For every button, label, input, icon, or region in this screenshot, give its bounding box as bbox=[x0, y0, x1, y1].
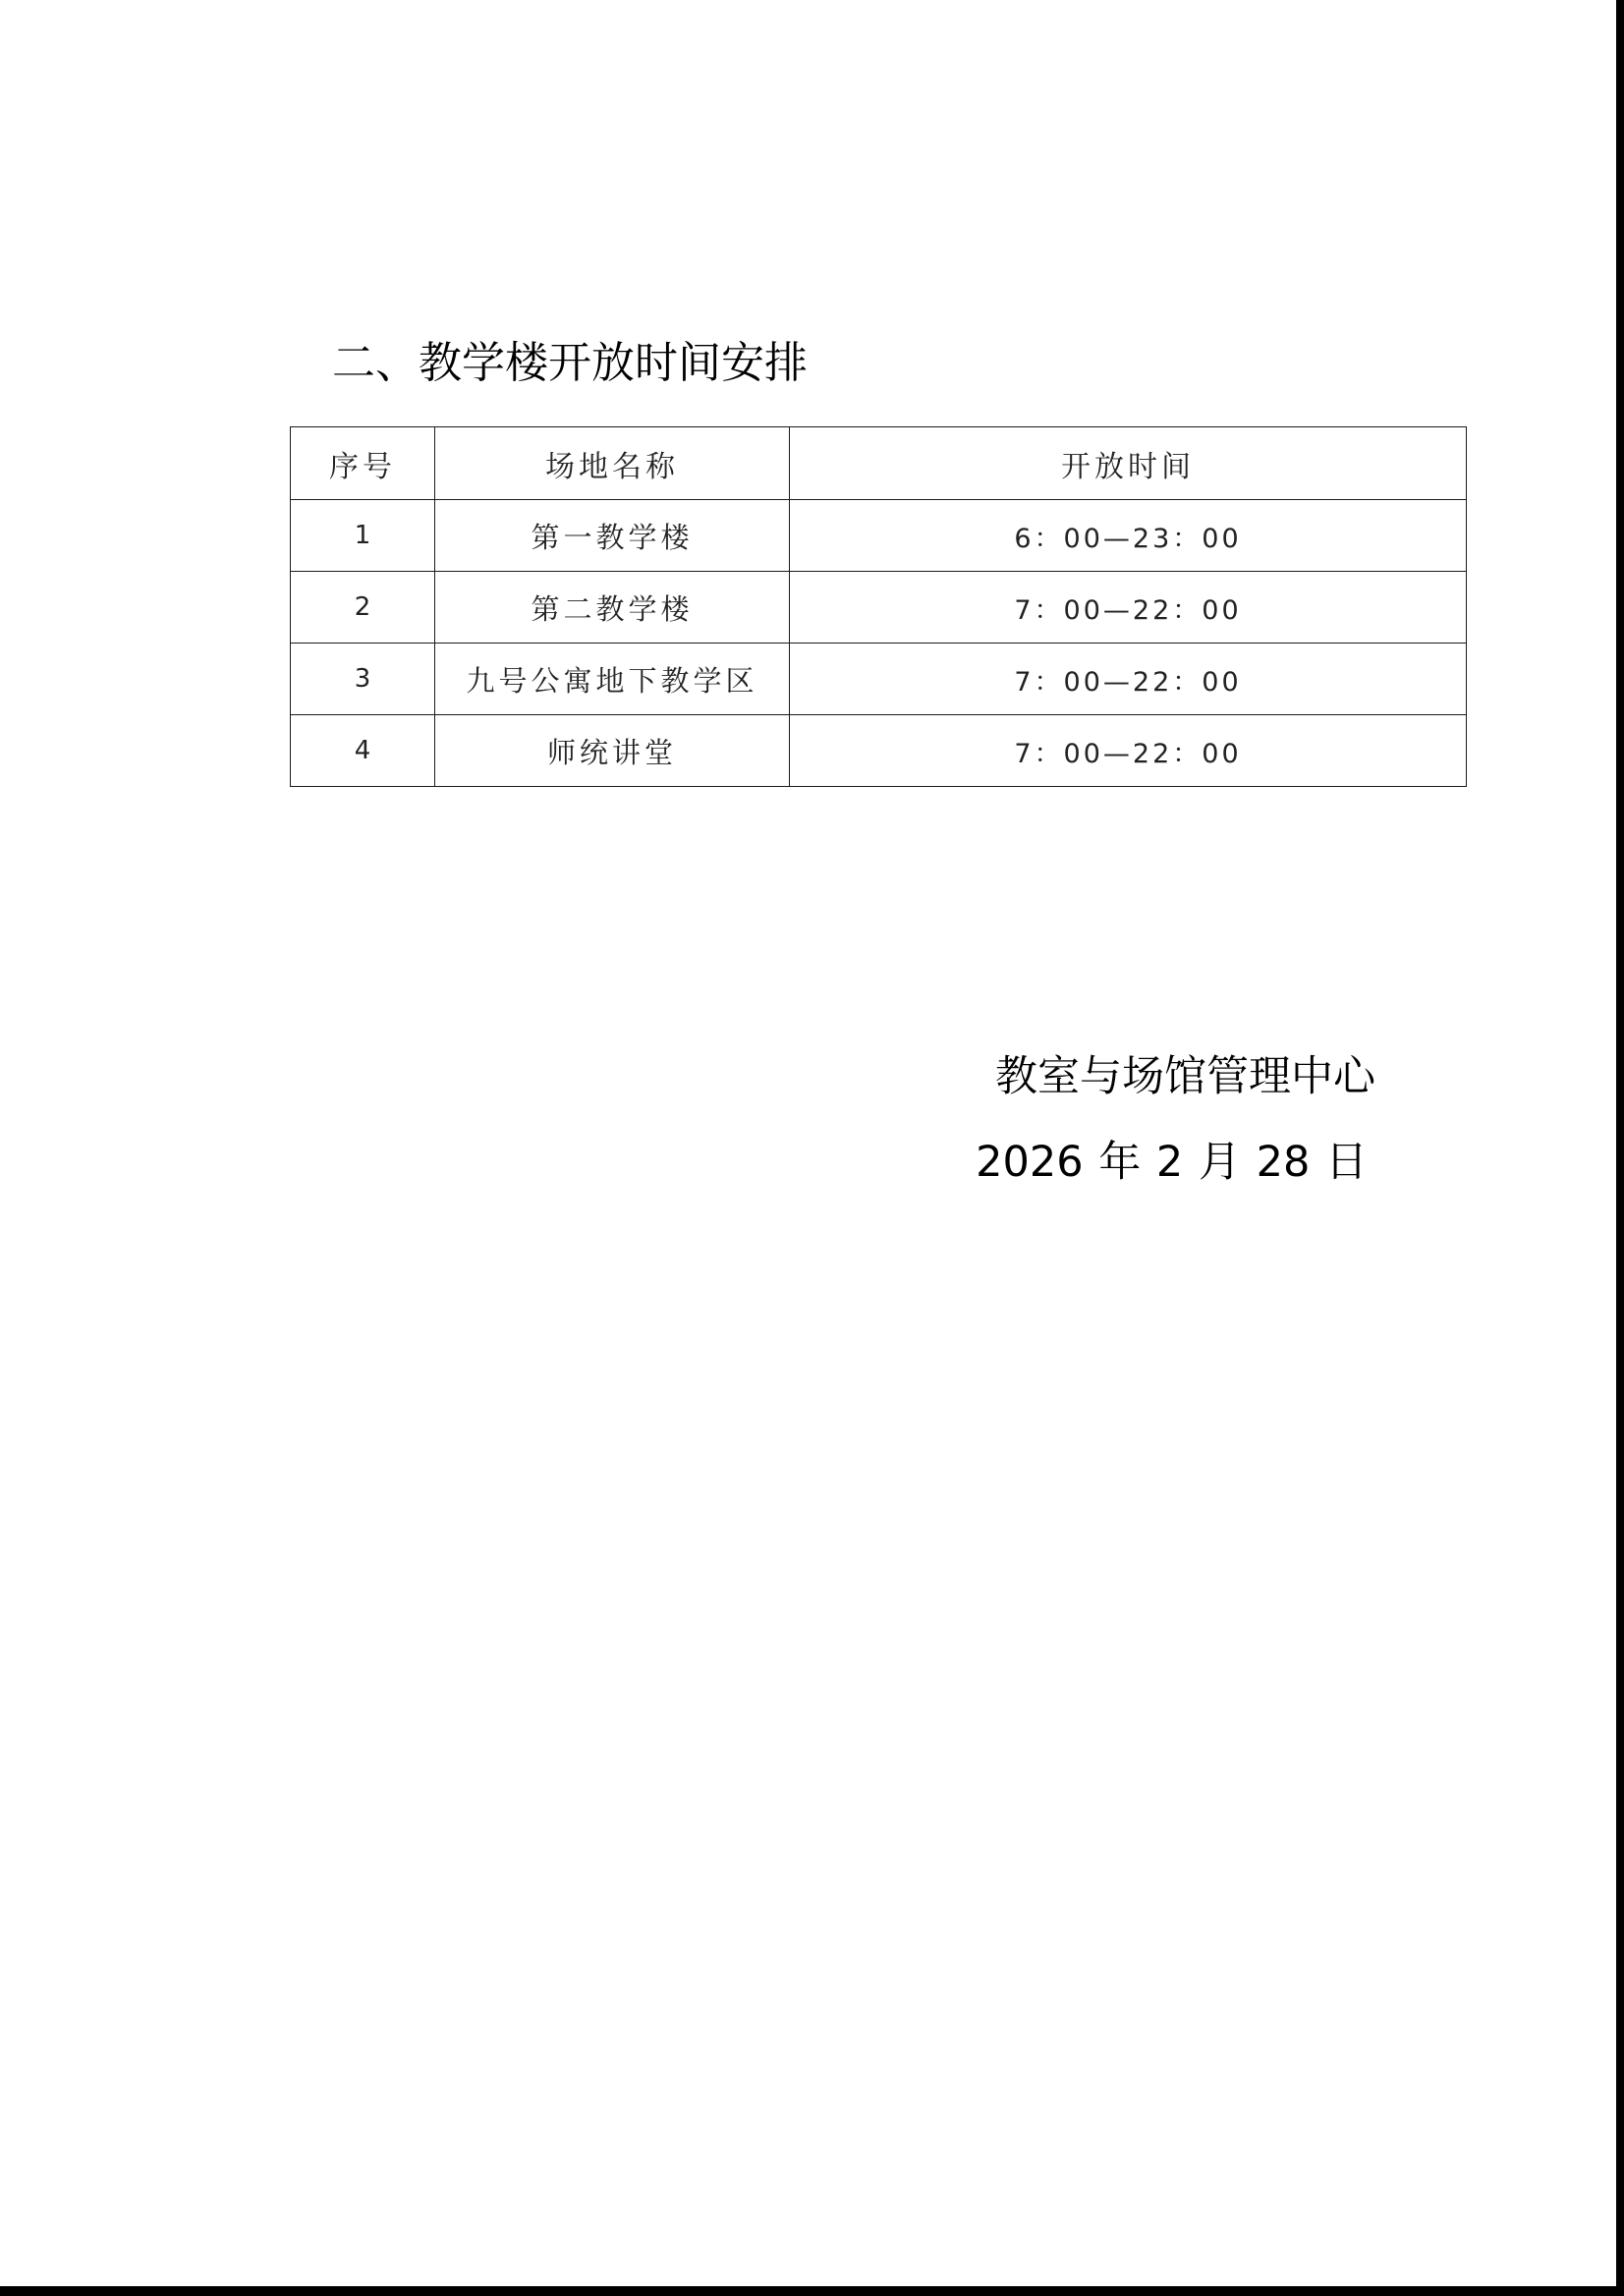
issuing-organization: 教室与场馆管理中心 bbox=[973, 1049, 1375, 1104]
venue-name: 九号公寓地下教学区 bbox=[435, 644, 790, 715]
venue-name: 师统讲堂 bbox=[435, 715, 790, 787]
table-row: 1 第一教学楼 6：00—23：00 bbox=[291, 500, 1467, 572]
row-number: 1 bbox=[291, 500, 435, 572]
venue-name: 第一教学楼 bbox=[435, 500, 790, 572]
row-number: 2 bbox=[291, 572, 435, 644]
issue-date: 2026 年 2 月 28 日 bbox=[973, 1135, 1375, 1190]
venue-name: 第二教学楼 bbox=[435, 572, 790, 644]
row-number: 4 bbox=[291, 715, 435, 787]
column-header-opening-hours: 开放时间 bbox=[790, 427, 1467, 500]
document-page: 二、教学楼开放时间安排 序号 场地名称 开放时间 1 第一教学楼 6：00—23… bbox=[0, 0, 1616, 2286]
opening-hours-table: 序号 场地名称 开放时间 1 第一教学楼 6：00—23：00 2 第二教学楼 … bbox=[290, 426, 1467, 787]
column-header-venue-name: 场地名称 bbox=[435, 427, 790, 500]
table-row: 2 第二教学楼 7：00—22：00 bbox=[291, 572, 1467, 644]
table-header-row: 序号 场地名称 开放时间 bbox=[291, 427, 1467, 500]
column-header-number: 序号 bbox=[291, 427, 435, 500]
opening-hours: 7：00—22：00 bbox=[790, 644, 1467, 715]
signature-block: 教室与场馆管理中心 2026 年 2 月 28 日 bbox=[973, 1049, 1375, 1190]
table-row: 4 师统讲堂 7：00—22：00 bbox=[291, 715, 1467, 787]
opening-hours: 7：00—22：00 bbox=[790, 715, 1467, 787]
table-row: 3 九号公寓地下教学区 7：00—22：00 bbox=[291, 644, 1467, 715]
opening-hours: 6：00—23：00 bbox=[790, 500, 1467, 572]
section-heading: 二、教学楼开放时间安排 bbox=[332, 336, 808, 391]
row-number: 3 bbox=[291, 644, 435, 715]
opening-hours: 7：00—22：00 bbox=[790, 572, 1467, 644]
